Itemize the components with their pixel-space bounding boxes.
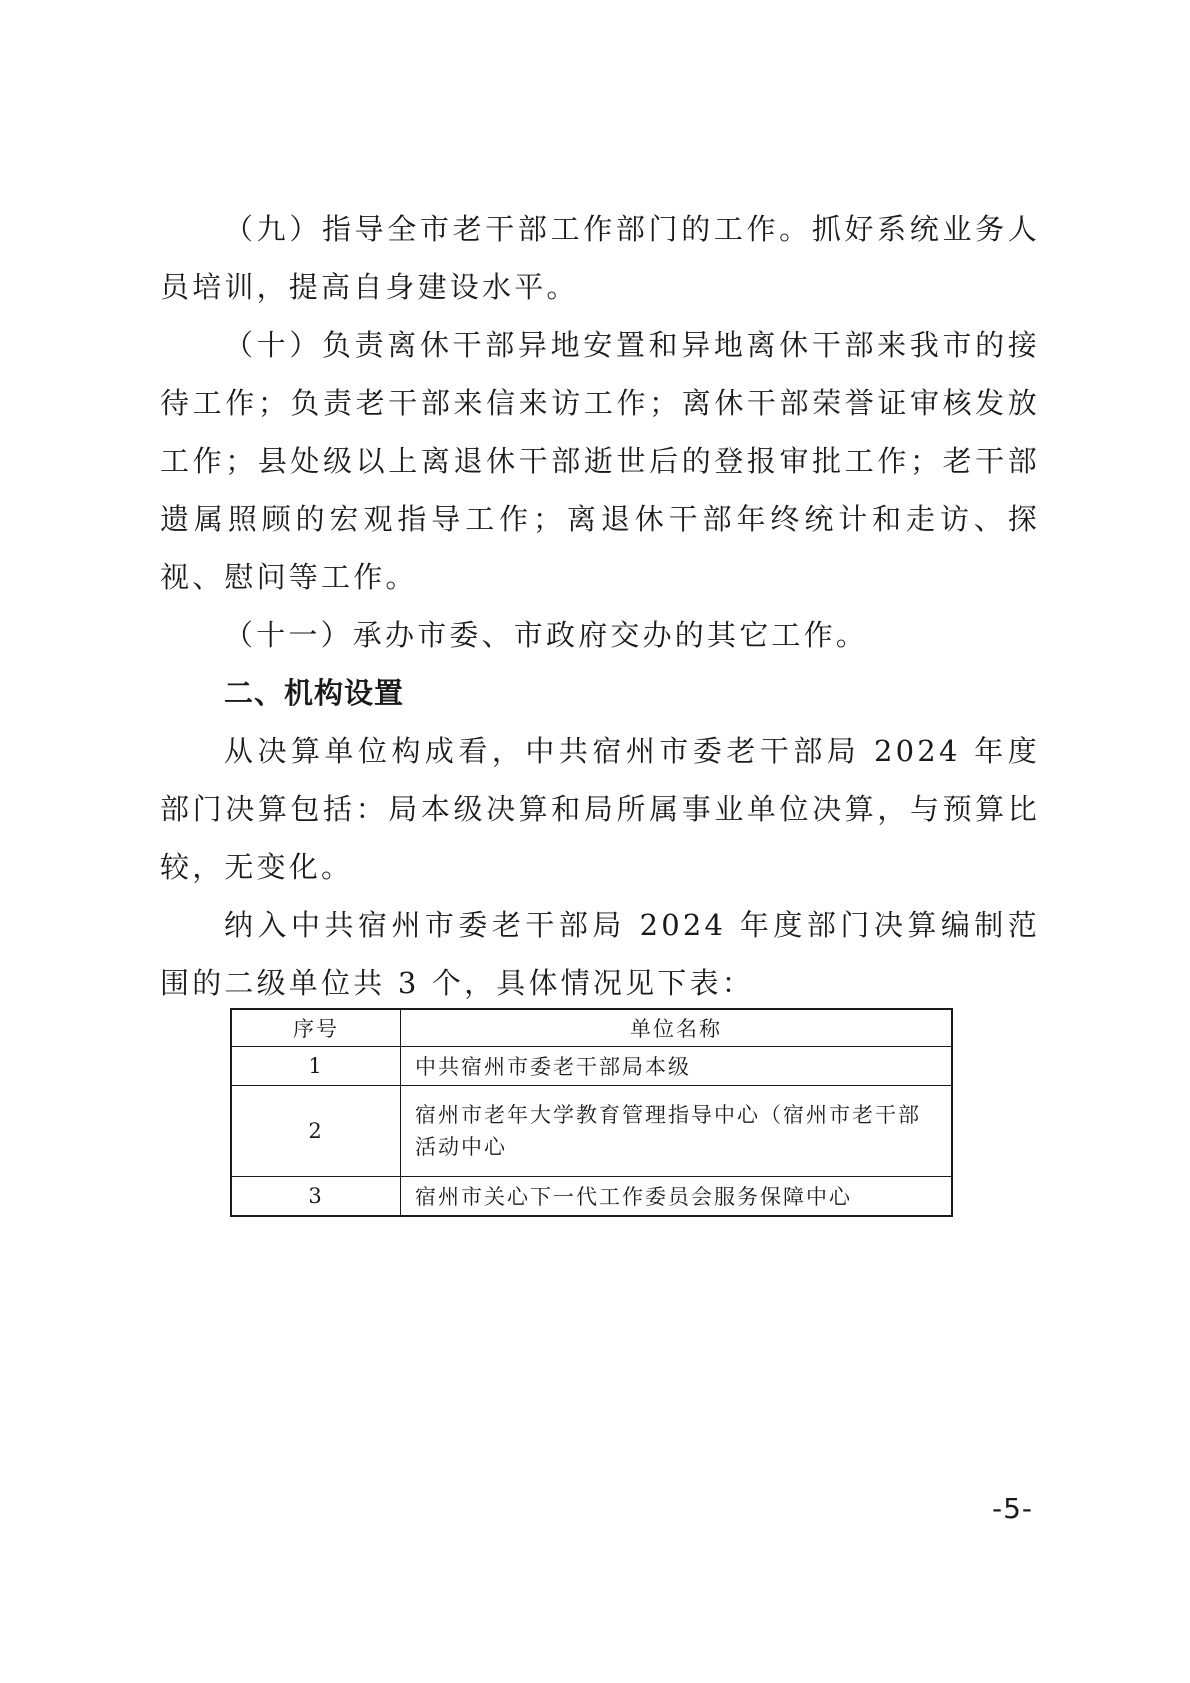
paragraph-budget-composition: 从决算单位构成看，中共宿州市委老干部局 2024 年度部门决算包括：局本级决算和… xyxy=(160,722,1040,896)
document-page: （九）指导全市老干部工作部门的工作。抓好系统业务人员培训，提高自身建设水平。 （… xyxy=(0,0,1190,1683)
cell-unit-name: 宿州市关心下一代工作委员会服务保障中心 xyxy=(401,1177,953,1217)
cell-unit-name: 中共宿州市委老干部局本级 xyxy=(401,1047,953,1086)
header-serial-number: 序号 xyxy=(231,1009,401,1047)
cell-serial-number: 1 xyxy=(231,1047,401,1086)
unit-table-container: 序号 单位名称 1 中共宿州市委老干部局本级 2 宿州市老年大学教育管理指导中心… xyxy=(230,1008,953,1217)
cell-serial-number: 2 xyxy=(231,1086,401,1177)
unit-table: 序号 单位名称 1 中共宿州市委老干部局本级 2 宿州市老年大学教育管理指导中心… xyxy=(230,1008,953,1217)
section-heading: 二、机构设置 xyxy=(160,664,1040,722)
table-row: 2 宿州市老年大学教育管理指导中心（宿州市老干部活动中心 xyxy=(231,1086,952,1177)
paragraph-item-10: （十）负责离休干部异地安置和异地离休干部来我市的接待工作；负责老干部来信来访工作… xyxy=(160,316,1040,606)
page-number: -5- xyxy=(992,1492,1033,1525)
cell-unit-name: 宿州市老年大学教育管理指导中心（宿州市老干部活动中心 xyxy=(401,1086,953,1177)
paragraph-units-scope: 纳入中共宿州市委老干部局 2024 年度部门决算编制范围的二级单位共 3 个，具… xyxy=(160,896,1040,1012)
header-unit-name: 单位名称 xyxy=(401,1009,953,1047)
table-row: 3 宿州市关心下一代工作委员会服务保障中心 xyxy=(231,1177,952,1217)
table-header-row: 序号 单位名称 xyxy=(231,1009,952,1047)
table-row: 1 中共宿州市委老干部局本级 xyxy=(231,1047,952,1086)
cell-serial-number: 3 xyxy=(231,1177,401,1217)
paragraph-item-9: （九）指导全市老干部工作部门的工作。抓好系统业务人员培训，提高自身建设水平。 xyxy=(160,200,1040,316)
body-text-upper: （九）指导全市老干部工作部门的工作。抓好系统业务人员培训，提高自身建设水平。 （… xyxy=(160,200,1040,1012)
paragraph-item-11: （十一）承办市委、市政府交办的其它工作。 xyxy=(160,606,1040,664)
